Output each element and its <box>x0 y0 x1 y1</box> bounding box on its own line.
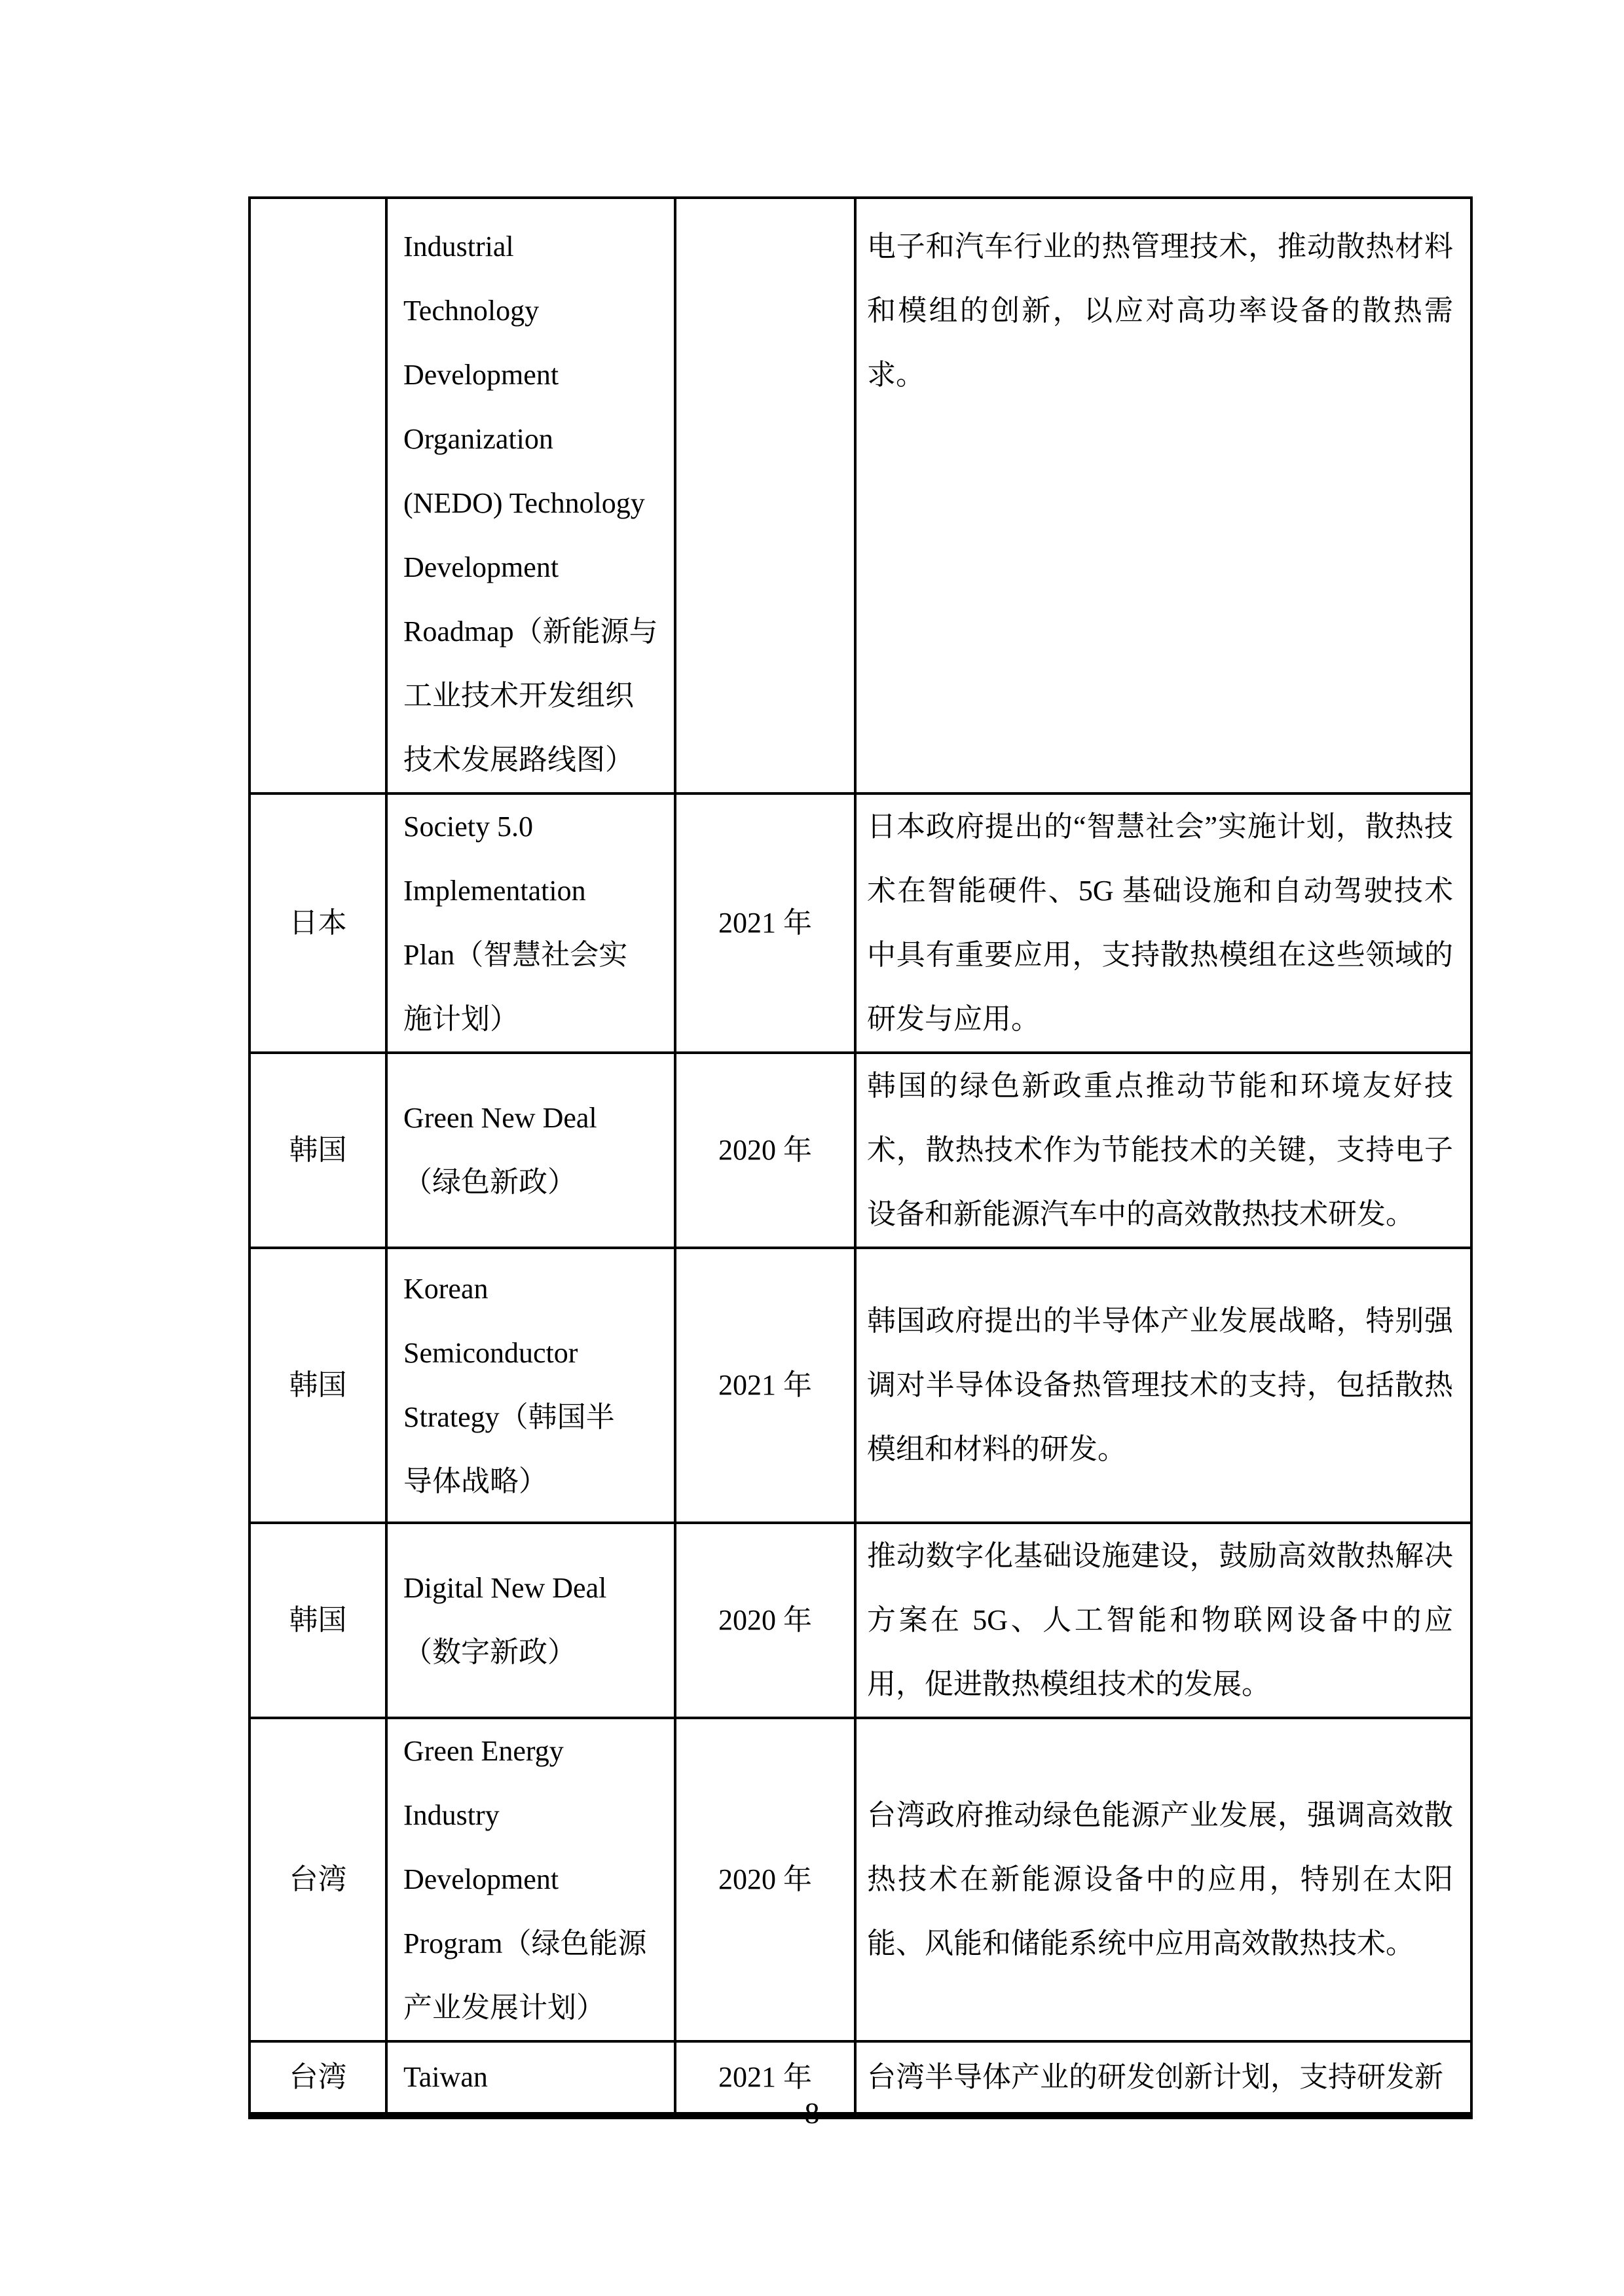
year-cell: 2020 年 <box>675 1053 855 1248</box>
policy-cell: Korean Semiconductor Strategy（韩国半 导体战略） <box>386 1248 675 1523</box>
page-number: 8 <box>0 2094 1624 2133</box>
year-cell: 2021 年 <box>675 1248 855 1523</box>
region-cell: 韩国 <box>249 1523 386 1718</box>
description-cell: 韩国的绿色新政重点推动节能和环境友好技术，散热技术作为节能技术的关键，支持电子设… <box>855 1053 1471 1248</box>
table-row: Industrial Technology Development Organi… <box>249 198 1471 793</box>
policy-cell: Society 5.0 Implementation Plan（智慧社会实 施计… <box>386 793 675 1053</box>
description-cell: 推动数字化基础设施建设，鼓励高效散热解决方案在 5G、人工智能和物联网设备中的应… <box>855 1523 1471 1718</box>
region-cell: 韩国 <box>249 1248 386 1523</box>
year-cell: 2020 年 <box>675 1718 855 2041</box>
description-cell: 电子和汽车行业的热管理技术，推动散热材料和模组的创新，以应对高功率设备的散热需求… <box>855 198 1471 793</box>
year-cell: 2021 年 <box>675 793 855 1053</box>
region-cell: 日本 <box>249 793 386 1053</box>
table-row: 韩国 Digital New Deal （数字新政） 2020 年 推动数字化基… <box>249 1523 1471 1718</box>
region-cell <box>249 198 386 793</box>
table-row: 韩国 Green New Deal （绿色新政） 2020 年 韩国的绿色新政重… <box>249 1053 1471 1248</box>
policy-cell: Green New Deal （绿色新政） <box>386 1053 675 1248</box>
table-row: 韩国 Korean Semiconductor Strategy（韩国半 导体战… <box>249 1248 1471 1523</box>
description-cell: 日本政府提出的“智慧社会”实施计划，散热技术在智能硬件、5G 基础设施和自动驾驶… <box>855 793 1471 1053</box>
year-cell: 2020 年 <box>675 1523 855 1718</box>
region-cell: 台湾 <box>249 1718 386 2041</box>
document-page: Industrial Technology Development Organi… <box>0 0 1624 2296</box>
description-cell: 台湾政府推动绿色能源产业发展，强调高效散热技术在新能源设备中的应用，特别在太阳能… <box>855 1718 1471 2041</box>
policy-cell: Digital New Deal （数字新政） <box>386 1523 675 1718</box>
year-cell <box>675 198 855 793</box>
table-row: 台湾 Green Energy Industry Development Pro… <box>249 1718 1471 2041</box>
policy-cell: Industrial Technology Development Organi… <box>386 198 675 793</box>
region-cell: 韩国 <box>249 1053 386 1248</box>
policy-table: Industrial Technology Development Organi… <box>248 196 1473 2119</box>
description-cell: 韩国政府提出的半导体产业发展战略，特别强调对半导体设备热管理技术的支持，包括散热… <box>855 1248 1471 1523</box>
policy-cell: Green Energy Industry Development Progra… <box>386 1718 675 2041</box>
table-row: 日本 Society 5.0 Implementation Plan（智慧社会实… <box>249 793 1471 1053</box>
